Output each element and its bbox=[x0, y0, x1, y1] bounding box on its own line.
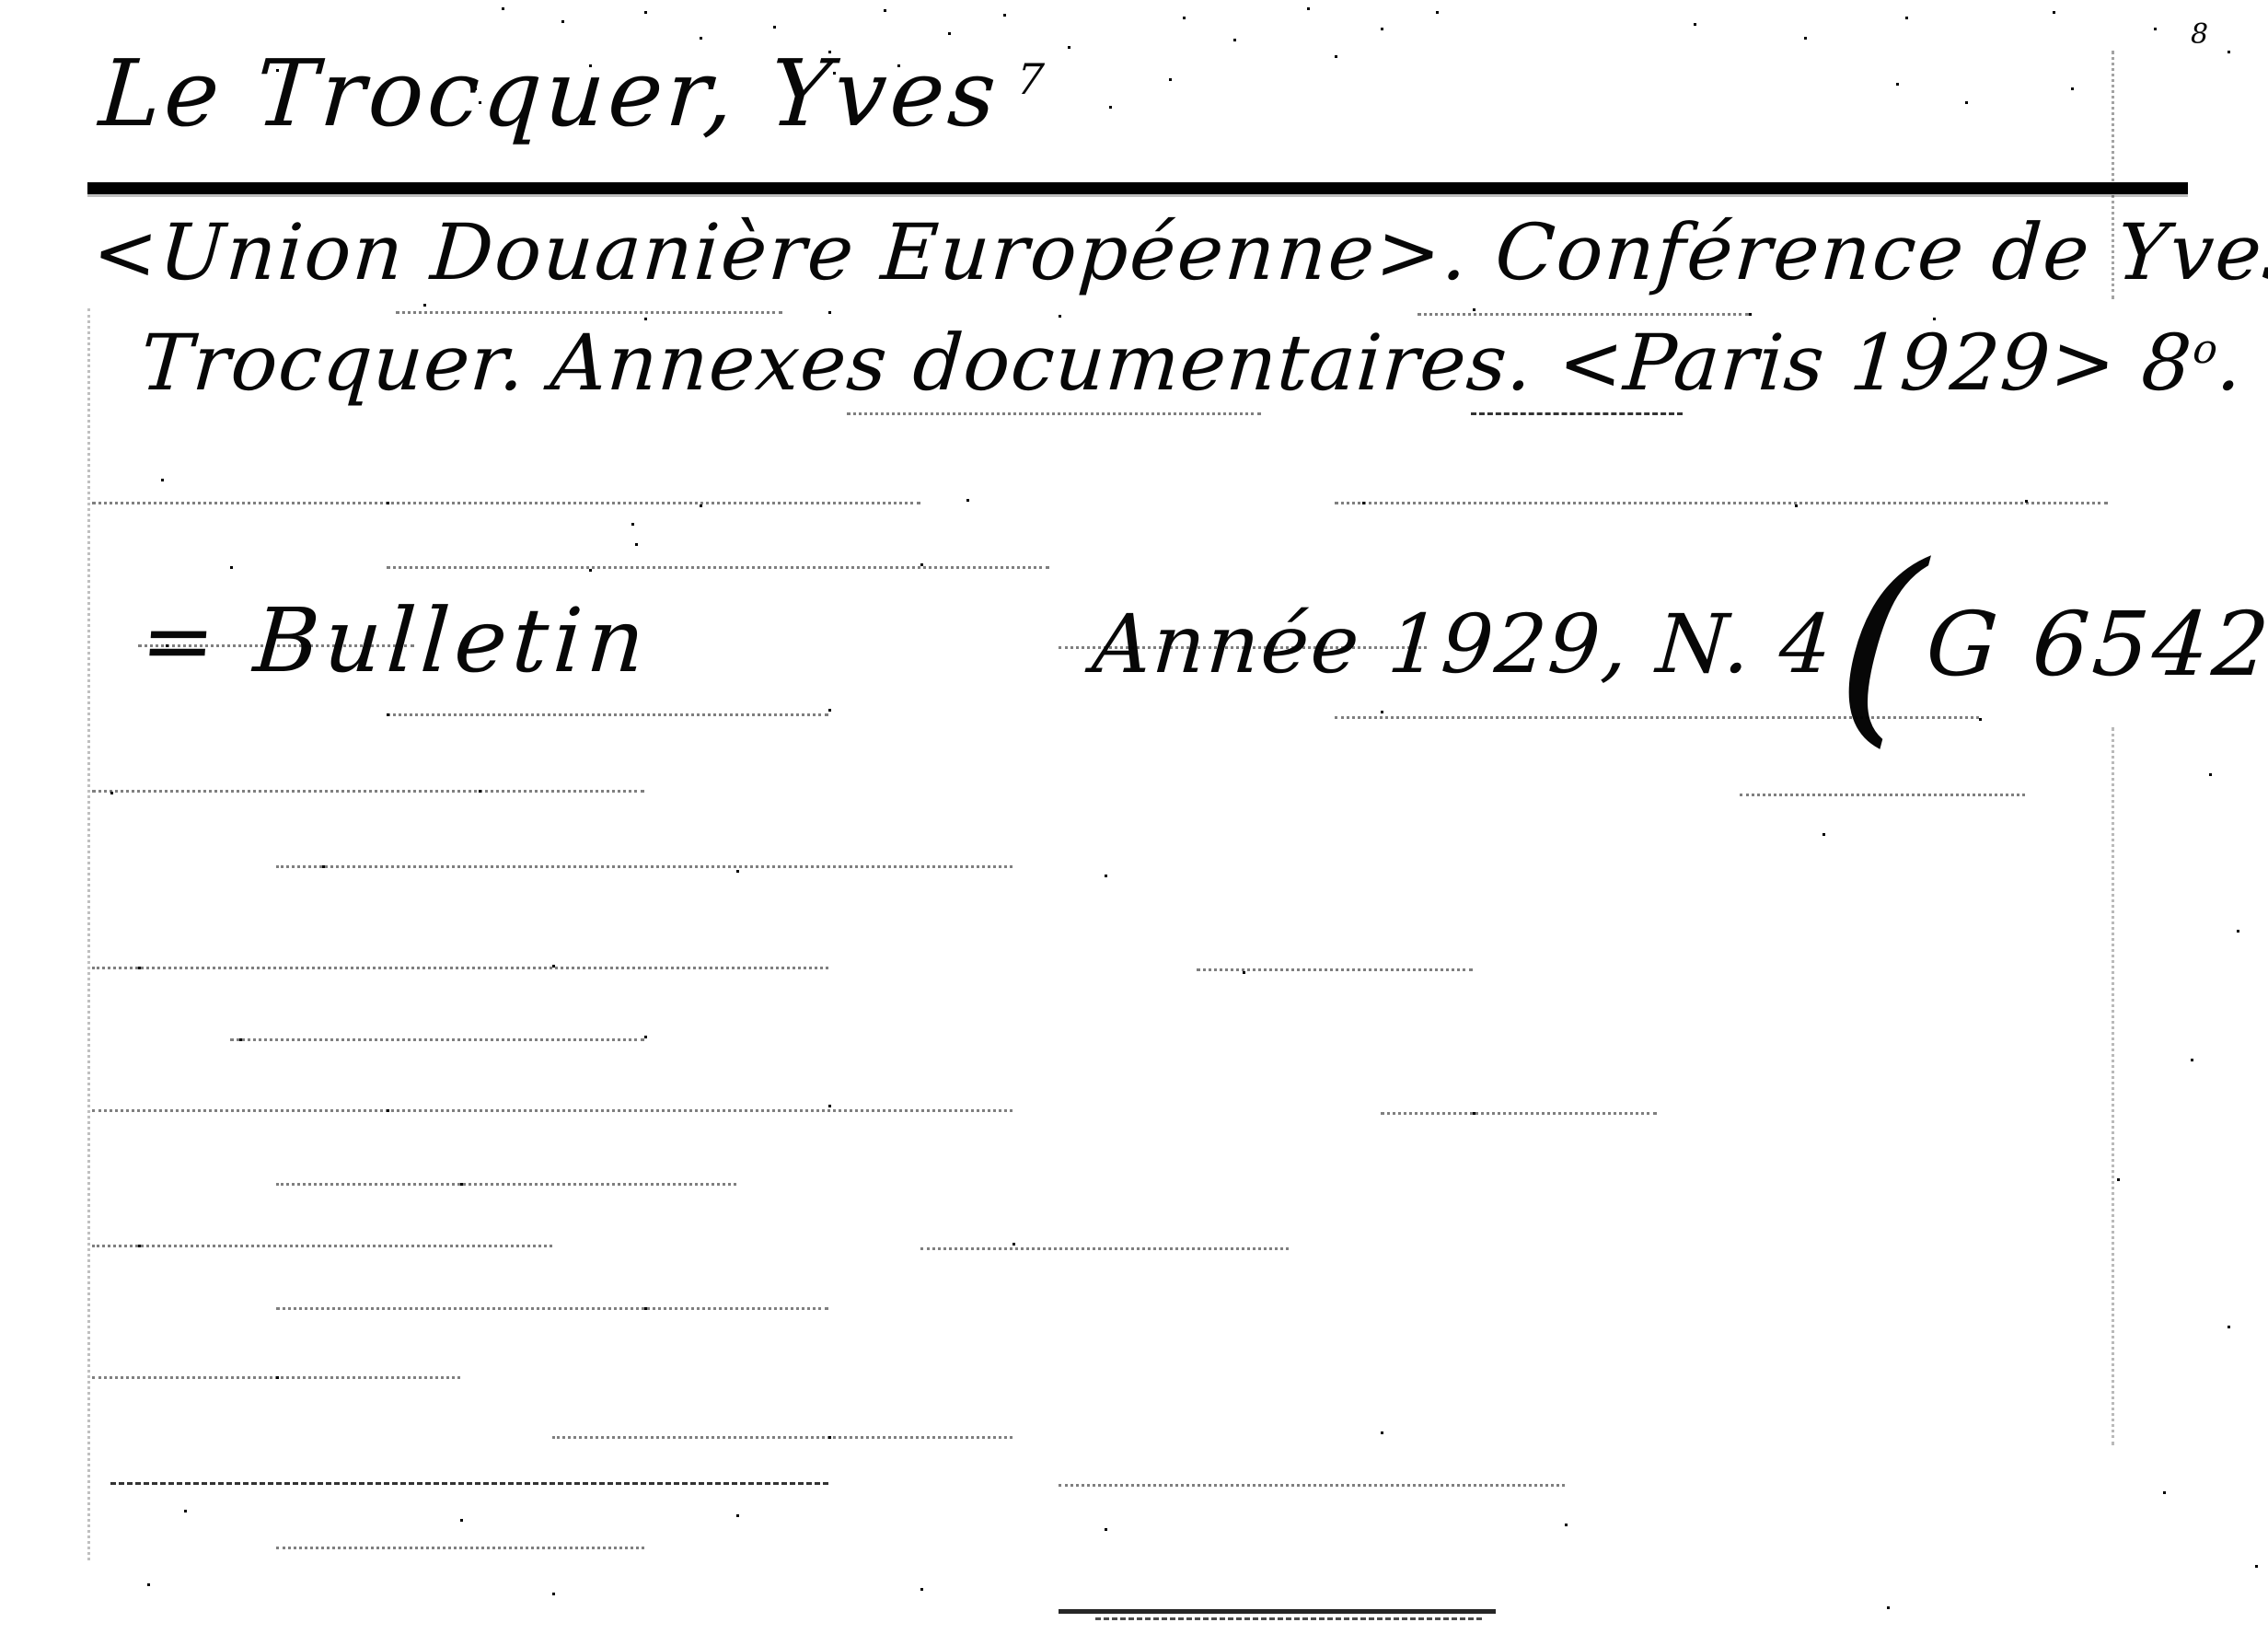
holdings-issue: Année 1929, N. 4 bbox=[1090, 597, 1836, 691]
scan-artifact-line bbox=[92, 1109, 1012, 1112]
heading-author-name: Le Trocquer, Yves7 bbox=[97, 48, 1049, 140]
scan-artifact-line bbox=[276, 1307, 828, 1310]
scan-artifact-line bbox=[92, 1245, 552, 1247]
scan-artifact-line bbox=[92, 1376, 460, 1379]
scan-artifact-heavy-line bbox=[1095, 1617, 1482, 1620]
scan-artifact-line bbox=[1740, 794, 2025, 796]
scan-artifact-line bbox=[92, 967, 828, 969]
scan-artifact-line bbox=[387, 713, 828, 716]
title-line-2: Trocquer. Annexes documentaires. <Paris … bbox=[138, 324, 2246, 401]
scan-artifact-line bbox=[1471, 412, 1683, 415]
format-period: . bbox=[2215, 318, 2247, 408]
scan-artifact-line bbox=[847, 412, 1261, 415]
heading-text: Le Trocquer, Yves bbox=[96, 40, 1002, 147]
scan-artifact-line bbox=[276, 865, 1012, 868]
scan-artifact-line bbox=[1059, 1484, 1565, 1487]
heading-superscript: 7 bbox=[1015, 54, 1049, 104]
scan-artifact-line bbox=[387, 566, 1049, 569]
corner-mark: 8 bbox=[2191, 18, 2208, 51]
scan-artifact-vline-right bbox=[2112, 727, 2114, 1445]
heading-rule bbox=[87, 182, 2188, 194]
holdings-entry: Année 1929, N. 4 ( G 6542. ) bbox=[1086, 549, 2268, 739]
shelfmark: G 6542. bbox=[1923, 593, 2268, 696]
title-line-1: <Union Douanière Européenne>. Conférence… bbox=[90, 214, 2268, 291]
scan-artifact-line bbox=[1417, 313, 1749, 316]
scan-artifact-heavy-line bbox=[1059, 1609, 1496, 1614]
scan-artifact-vline-right-top bbox=[2112, 51, 2114, 299]
scan-artifact-line bbox=[92, 502, 920, 504]
scan-artifact-line bbox=[276, 1547, 644, 1549]
scan-artifact-line bbox=[1381, 1112, 1657, 1115]
format-superscript: o bbox=[2192, 326, 2220, 373]
scan-artifact-line bbox=[230, 1038, 644, 1041]
scan-artifact-line bbox=[110, 1482, 828, 1485]
scan-artifact-line bbox=[552, 1436, 1012, 1439]
scan-artifact-line bbox=[920, 1247, 1289, 1250]
catalog-card: Le Trocquer, Yves7 <Union Douanière Euro… bbox=[0, 0, 2268, 1634]
scan-artifact-line bbox=[396, 311, 782, 314]
scan-artifact-line bbox=[1197, 968, 1473, 971]
scan-noise-speckles bbox=[0, 0, 3, 3]
scan-artifact-line bbox=[276, 1183, 736, 1186]
title-line-2-text: Trocquer. Annexes documentaires. <Paris … bbox=[138, 318, 2195, 408]
scan-artifact-vline-left bbox=[87, 308, 90, 1560]
scan-artifact-line bbox=[92, 790, 644, 793]
scan-artifact-line bbox=[1335, 716, 1979, 719]
scan-artifact-line bbox=[1059, 646, 1427, 649]
scan-artifact-line bbox=[138, 644, 414, 647]
open-paren: ( bbox=[1832, 549, 1927, 739]
scan-artifact-line bbox=[1335, 502, 2108, 504]
series-note: = Bulletin bbox=[138, 597, 653, 685]
